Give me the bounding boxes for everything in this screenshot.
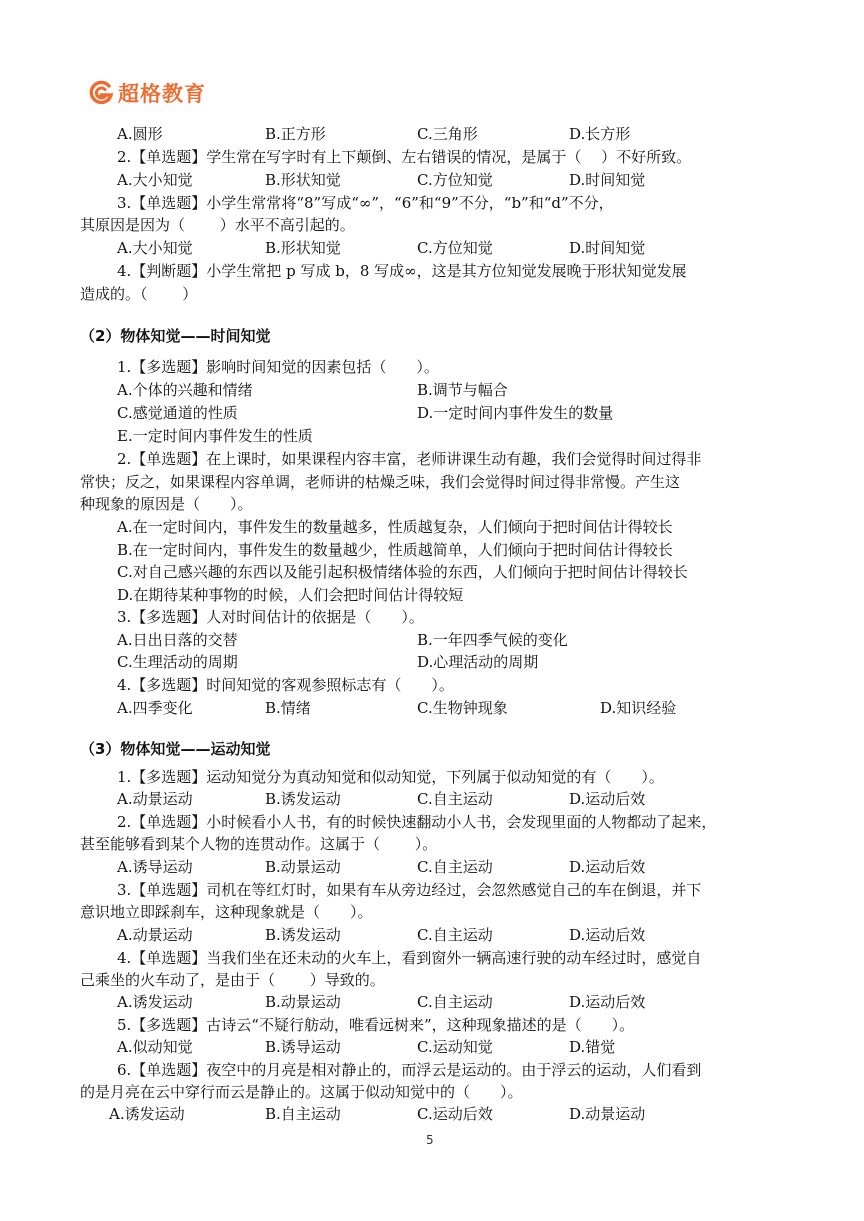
- option: B.正方形: [265, 124, 326, 144]
- option: C.生理活动的周期: [117, 652, 238, 672]
- question-text: 甚至能够看到某个人物的连贯动作。这属于（ ）。: [80, 834, 437, 854]
- question-text: 造成的。（ ）: [80, 284, 197, 304]
- option: D.长方形: [569, 124, 630, 144]
- option: A.四季变化: [117, 698, 193, 718]
- question-text: 4.【多选题】时间知觉的客观参照标志有（ ）。: [117, 675, 454, 695]
- page-number: 5: [426, 1133, 434, 1147]
- option: B.动景运动: [265, 992, 341, 1012]
- option: C.三角形: [417, 124, 478, 144]
- option: A.动景运动: [117, 789, 193, 809]
- option: B.在一定时间内，事件发生的数量越少，性质越简单，人们倾向于把时间估计得较长: [117, 540, 673, 560]
- question-text: 6.【单选题】夜空中的月亮是相对静止的，而浮云是运动的。由于浮云的运动，人们看到: [117, 1060, 701, 1080]
- option: A.似动知觉: [117, 1037, 193, 1057]
- option: D.运动后效: [569, 857, 645, 877]
- option: A.诱导运动: [117, 857, 193, 877]
- option: C.生物钟现象: [417, 698, 508, 718]
- option: D.错觉: [569, 1037, 615, 1057]
- option: C.运动知觉: [417, 1037, 493, 1057]
- question-text: 1.【多选题】运动知觉分为真动知觉和似动知觉，下列属于似动知觉的有（ ）。: [117, 767, 664, 787]
- option: A.圆形: [117, 124, 163, 144]
- option: D.动景运动: [569, 1104, 645, 1124]
- question-text: 3.【单选题】司机在等红灯时，如果有车从旁边经过，会忽然感觉自己的车在倒退，并下: [117, 880, 701, 900]
- option: A.大小知觉: [117, 170, 193, 190]
- question-text: 5.【多选题】古诗云“不疑行舫动，唯看远树来”，这种现象描述的是（ ）。: [117, 1015, 634, 1035]
- option: C.对自己感兴趣的东西以及能引起积极情绪体验的东西，人们倾向于把时间估计得较长: [117, 562, 688, 582]
- brand-logo: 超格教育: [88, 78, 206, 108]
- option: C.方位知觉: [417, 170, 493, 190]
- option: B.自主运动: [265, 1104, 341, 1124]
- question-text: 种现象的原因是（ ）。: [80, 494, 253, 514]
- option: C.运动后效: [417, 1104, 493, 1124]
- question-text: 1.【多选题】影响时间知觉的因素包括（ ）。: [117, 357, 439, 377]
- option: A.诱发运动: [117, 992, 193, 1012]
- option: A.大小知觉: [117, 238, 193, 258]
- option: B.一年四季气候的变化: [417, 630, 568, 650]
- option: E.一定时间内事件发生的性质: [117, 426, 313, 446]
- question-text: 其原因是因为（ ）水平不高引起的。: [80, 215, 355, 235]
- option: B.动景运动: [265, 857, 341, 877]
- option: A.动景运动: [117, 925, 193, 945]
- option: D.运动后效: [569, 925, 645, 945]
- option: C.感觉通道的性质: [117, 403, 238, 423]
- option: D.心理活动的周期: [417, 652, 538, 672]
- question-text: 2.【单选题】学生常在写字时有上下颠倒、左右错误的情况，是属于（ ）不好所致。: [117, 147, 691, 167]
- option: D.运动后效: [569, 992, 645, 1012]
- option: B.情绪: [265, 698, 311, 718]
- option: A.个体的兴趣和情绪: [117, 380, 253, 400]
- option: C.自主运动: [417, 992, 493, 1012]
- question-text: 意识地立即踩刹车，这种现象就是（ ）。: [80, 902, 373, 922]
- option: C.自主运动: [417, 925, 493, 945]
- option: B.诱导运动: [265, 1037, 341, 1057]
- question-text: 4.【判断题】小学生常把 p 写成 b，8 写成∞，这是其方位知觉发展晚于形状知…: [117, 261, 687, 281]
- option: C.自主运动: [417, 789, 493, 809]
- option: B.诱发运动: [265, 789, 341, 809]
- option: B.形状知觉: [265, 170, 341, 190]
- option: D.运动后效: [569, 789, 645, 809]
- option: D.在期待某种事物的时候，人们会把时间估计得较短: [117, 585, 463, 605]
- option: B.诱发运动: [265, 925, 341, 945]
- question-text: 4.【单选题】当我们坐在还未动的火车上，看到窗外一辆高速行驶的动车经过时，感觉自: [117, 948, 701, 968]
- section-heading: （3）物体知觉——运动知觉: [80, 739, 270, 759]
- option: A.日出日落的交替: [117, 630, 238, 650]
- option: C.方位知觉: [417, 238, 493, 258]
- question-text: 3.【单选题】小学生常常将“8”写成“∞”，“6”和“9”不分，“b”和“d”不…: [117, 193, 614, 213]
- logo-text: 超格教育: [118, 78, 206, 108]
- question-text: 的是月亮在云中穿行而云是静止的。这属于似动知觉中的（ ）。: [80, 1082, 523, 1102]
- section-heading: （2）物体知觉——时间知觉: [80, 326, 270, 346]
- option: D.时间知觉: [569, 170, 645, 190]
- question-text: 己乘坐的火车动了，是由于（ ）导致的。: [80, 970, 385, 990]
- option: C.自主运动: [417, 857, 493, 877]
- option: B.调节与幅合: [417, 380, 508, 400]
- option: A.在一定时间内，事件发生的数量越多，性质越复杂，人们倾向于把时间估计得较长: [117, 517, 673, 537]
- option: D.时间知觉: [569, 238, 645, 258]
- option: A.诱发运动: [109, 1104, 185, 1124]
- logo-g-icon: [88, 80, 114, 106]
- question-text: 2.【单选题】在上课时，如果课程内容丰富，老师讲课生动有趣，我们会觉得时间过得非: [117, 449, 701, 469]
- option: D.知识经验: [600, 698, 676, 718]
- question-text: 2.【单选题】小时候看小人书，有的时候快速翻动小人书，会发现里面的人物都动了起来…: [117, 812, 716, 832]
- option: B.形状知觉: [265, 238, 341, 258]
- option: D.一定时间内事件发生的数量: [417, 403, 613, 423]
- question-text: 3.【多选题】人对时间估计的依据是（ ）。: [117, 607, 424, 627]
- question-text: 常快；反之，如果课程内容单调，老师讲的枯燥乏味，我们会觉得时间过得非常慢。产生这: [80, 472, 680, 492]
